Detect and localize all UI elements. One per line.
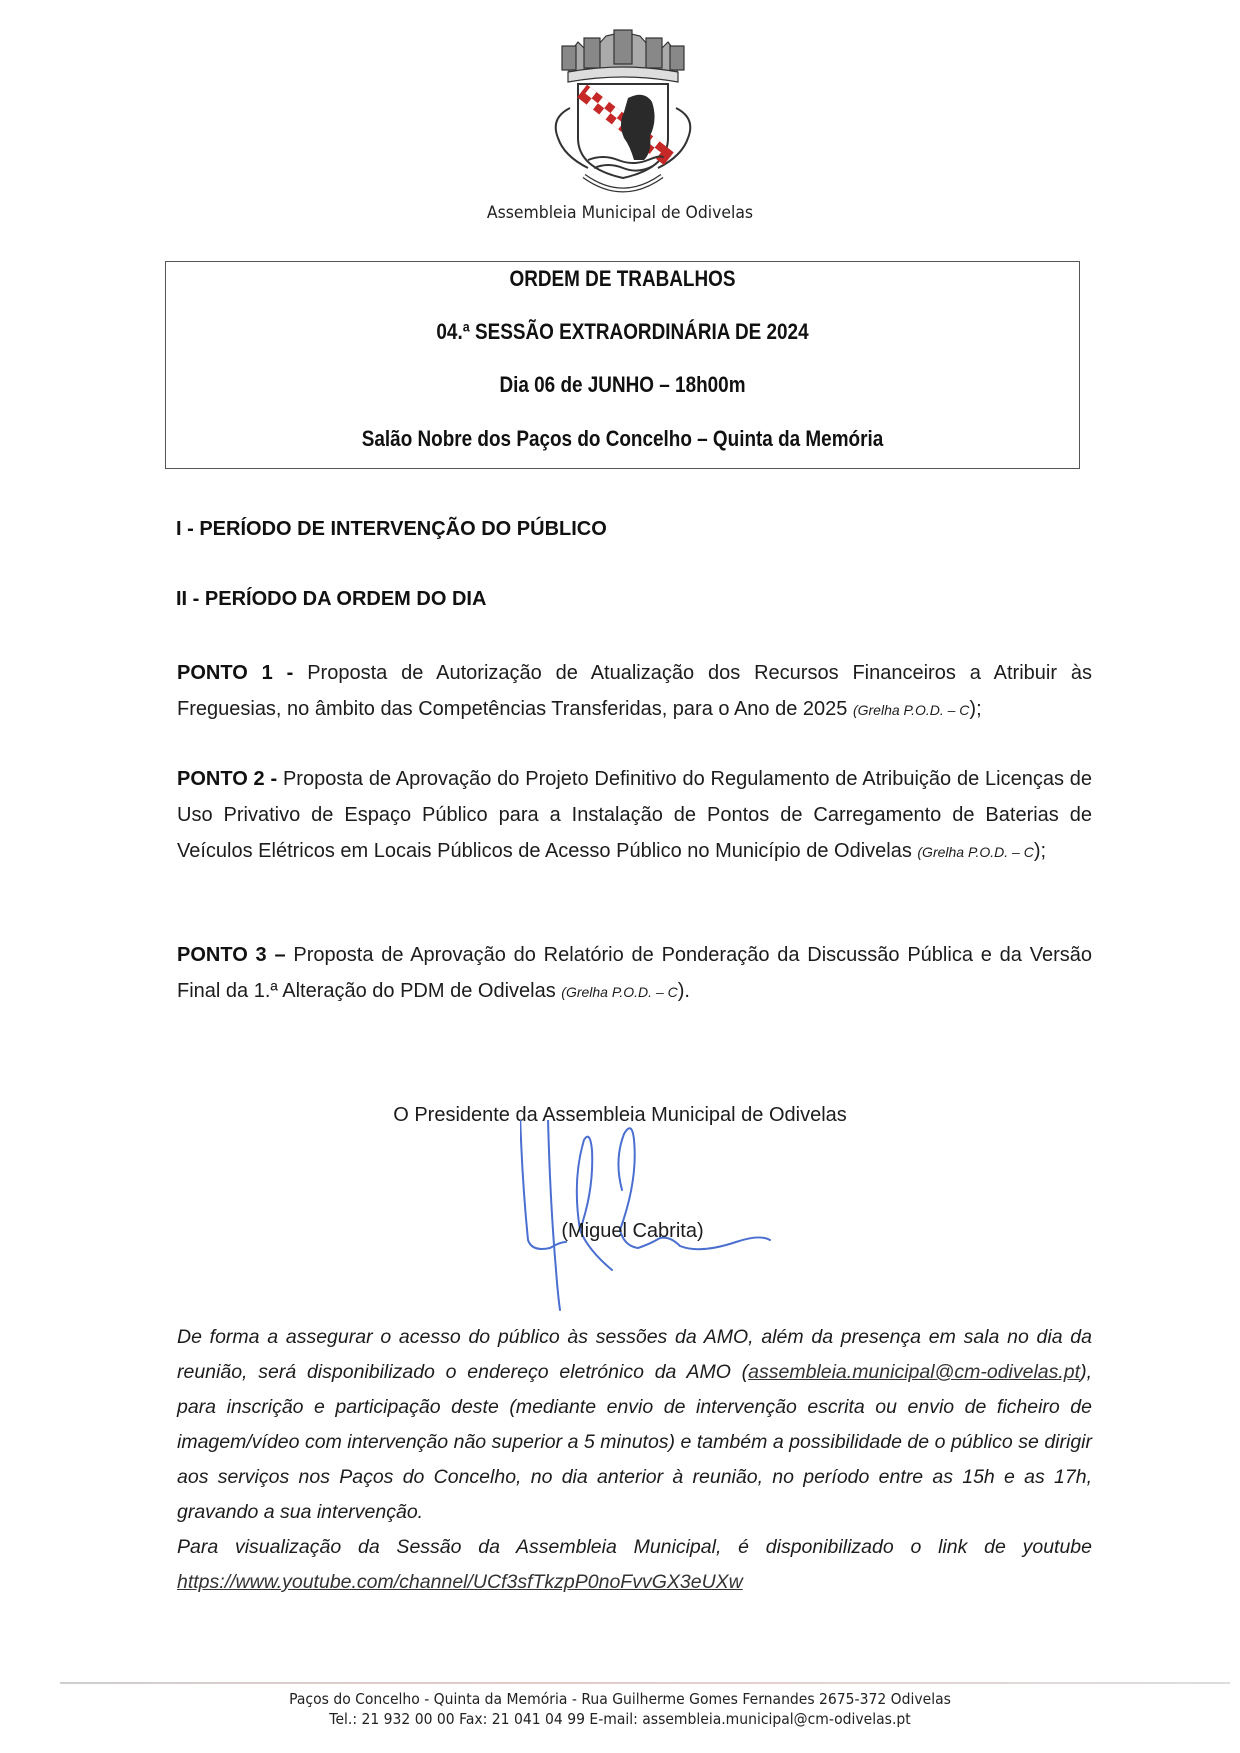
agenda-item-1: PONTO 1 - Proposta de Autorização de Atu… xyxy=(177,655,1092,728)
agenda-item-label: PONTO 3 xyxy=(177,944,267,966)
section-public-intervention: I - PERÍODO DE INTERVENÇÃO DO PÚBLICO xyxy=(176,518,607,541)
footer-contacts: Tel.: 21 932 00 00 Fax: 21 041 04 99 E-m… xyxy=(43,1710,1196,1728)
footer-address: Paços do Concelho - Quinta da Memória - … xyxy=(43,1690,1196,1708)
public-access-notice: De forma a assegurar o acesso do público… xyxy=(177,1320,1092,1600)
youtube-link[interactable]: https://www.youtube.com/channel/UCf3sfTk… xyxy=(177,1571,743,1593)
footer-divider xyxy=(60,1682,1230,1684)
session-location: Salão Nobre dos Paços do Concelho – Quin… xyxy=(230,426,1015,452)
grelha-ref: (Grelha P.O.D. – C xyxy=(853,702,969,718)
grelha-ref: (Grelha P.O.D. – C xyxy=(917,844,1033,860)
agenda-header-box: ORDEM DE TRABALHOS 04.ª SESSÃO EXTRAORDI… xyxy=(165,261,1080,469)
session-title: 04.ª SESSÃO EXTRAORDINÁRIA DE 2024 xyxy=(230,319,1015,345)
agenda-item-3: PONTO 3 – Proposta de Aprovação do Relat… xyxy=(177,937,1092,1010)
agenda-item-label: PONTO 1 xyxy=(177,662,273,684)
signatory-name: (Miguel Cabrita) xyxy=(0,1220,1240,1243)
grelha-ref: (Grelha P.O.D. – C xyxy=(561,984,677,1000)
coat-of-arms-icon xyxy=(548,28,698,204)
session-date: Dia 06 de JUNHO – 18h00m xyxy=(230,372,1015,398)
organization-name: Assembleia Municipal de Odivelas xyxy=(50,203,1191,223)
section-order-of-day: II - PERÍODO DA ORDEM DO DIA xyxy=(176,588,486,611)
document-title: ORDEM DE TRABALHOS xyxy=(230,266,1015,292)
agenda-item-label: PONTO 2 xyxy=(177,768,265,790)
agenda-item-2: PONTO 2 - Proposta de Aprovação do Proje… xyxy=(177,761,1092,870)
email-link[interactable]: assembleia.municipal@cm-odivelas.pt xyxy=(748,1361,1080,1383)
